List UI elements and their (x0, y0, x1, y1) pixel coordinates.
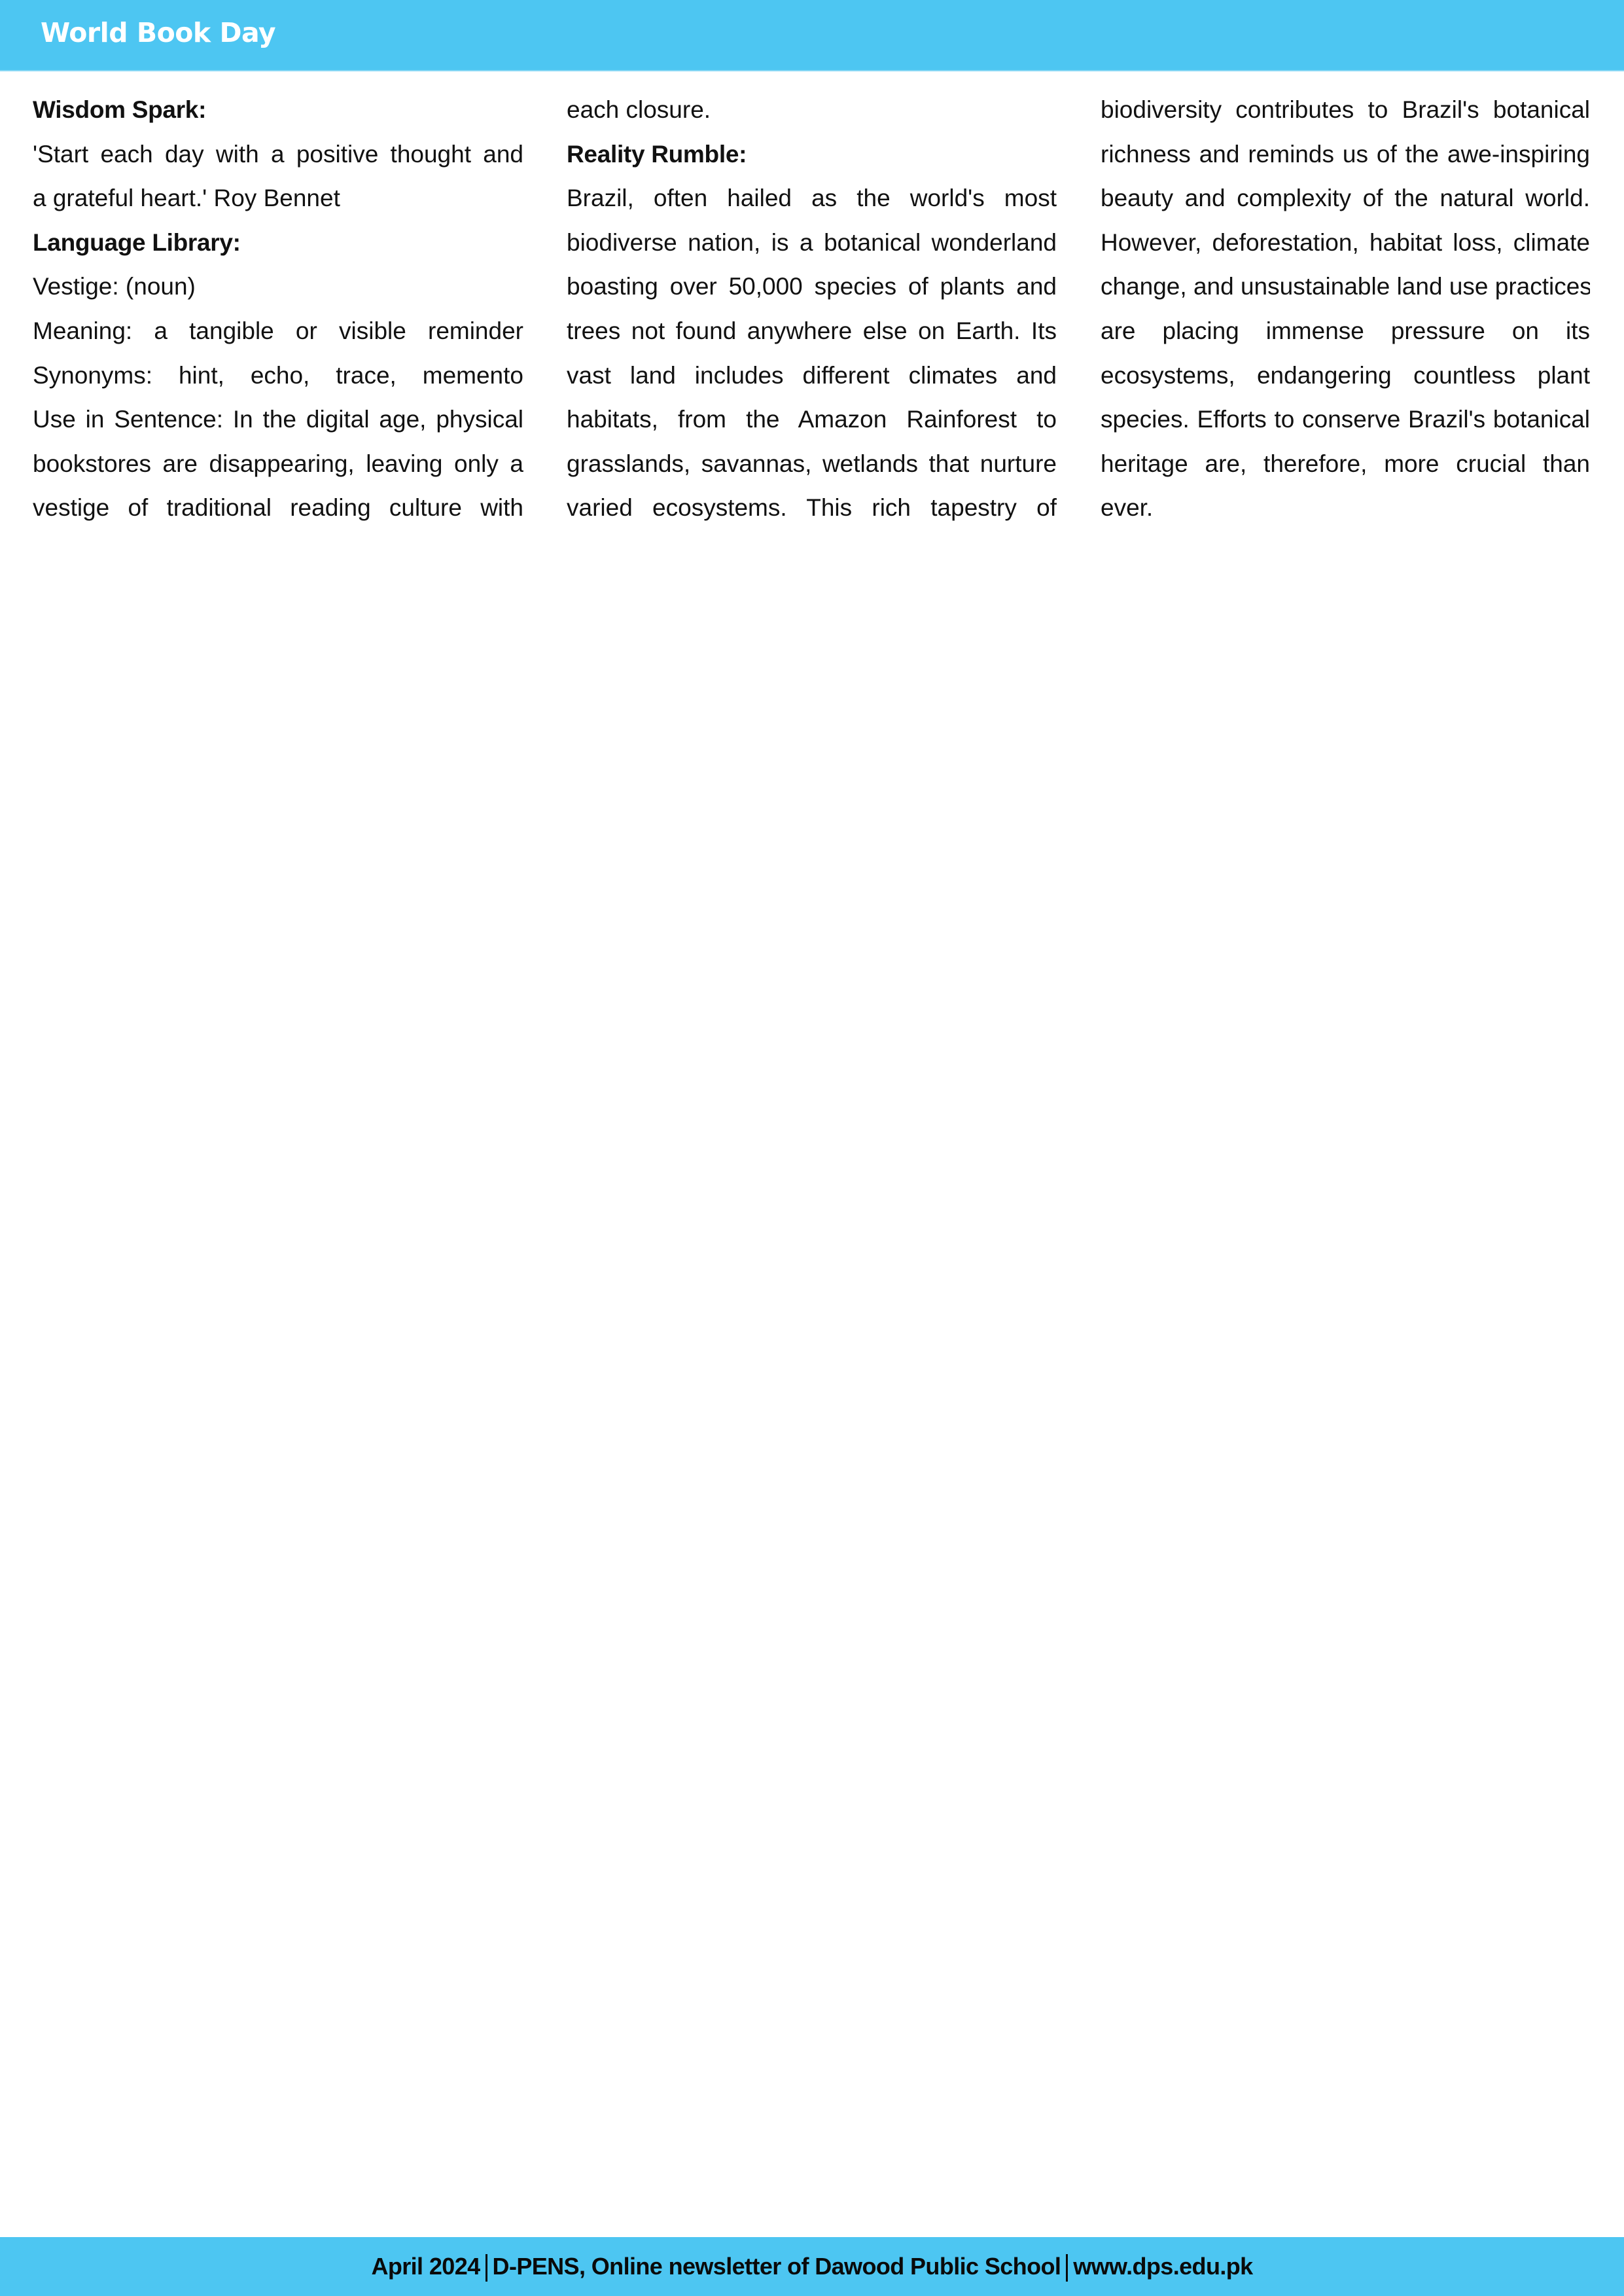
text-line: Meaning: a tangible or visible reminder (33, 309, 523, 353)
section-heading-language-library: Language Library: (33, 221, 523, 265)
column-1: Wisdom Spark: 'Start each day with a pos… (33, 88, 523, 530)
header-bar: World Book Day (0, 0, 1624, 71)
text-line: boasting over 50,000 species of plants a… (567, 264, 1057, 309)
page-title: World Book Day (41, 14, 275, 51)
section-heading-wisdom-spark: Wisdom Spark: (33, 88, 523, 132)
footer-publication: D-PENS, Online newsletter of Dawood Publ… (493, 2253, 1061, 2280)
text-line: biodiversity contributes to Brazil's bot… (1101, 88, 1590, 132)
text-line: Brazil, often hailed as the world's most (567, 176, 1057, 221)
text-line: varied ecosystems. This rich tapestry of (567, 486, 1057, 530)
text-line: each closure. (567, 88, 1057, 132)
footer-separator (1066, 2254, 1068, 2282)
text-line: Use in Sentence: In the digital age, phy… (33, 397, 523, 442)
column-3: biodiversity contributes to Brazil's bot… (1101, 88, 1590, 530)
text-line: heritage are, therefore, more crucial th… (1101, 442, 1590, 486)
text-line: bookstores are disappearing, leaving onl… (33, 442, 523, 486)
text-line: trees not found anywhere else on Earth. … (567, 309, 1057, 353)
text-line: are placing immense pressure on its (1101, 309, 1590, 353)
text-line: richness and reminds us of the awe-inspi… (1101, 132, 1590, 177)
footer-bar: April 2024 D-PENS, Online newsletter of … (0, 2237, 1624, 2296)
footer-separator (485, 2254, 487, 2282)
footer-date: April 2024 (371, 2253, 480, 2280)
text-line: a grateful heart.' Roy Bennet (33, 176, 523, 221)
text-line: 'Start each day with a positive thought … (33, 132, 523, 177)
text-line: ever. (1101, 486, 1590, 530)
text-line: However, deforestation, habitat loss, cl… (1101, 221, 1590, 265)
text-line: biodiverse nation, is a botanical wonder… (567, 221, 1057, 265)
text-line: change, and unsustainable land use pract… (1101, 264, 1590, 309)
footer-text: April 2024 D-PENS, Online newsletter of … (371, 2253, 1252, 2280)
text-line: species. Efforts to conserve Brazil's bo… (1101, 397, 1590, 442)
text-line: grasslands, savannas, wetlands that nurt… (567, 442, 1057, 486)
text-line: vast land includes different climates an… (567, 353, 1057, 398)
footer-website-link[interactable]: www.dps.edu.pk (1073, 2253, 1252, 2280)
section-heading-reality-rumble: Reality Rumble: (567, 132, 1057, 177)
text-line: vestige of traditional reading culture w… (33, 486, 523, 530)
text-line: ecosystems, endangering countless plant (1101, 353, 1590, 398)
text-line: habitats, from the Amazon Rainforest to (567, 397, 1057, 442)
column-2: each closure. Reality Rumble: Brazil, of… (567, 88, 1057, 530)
text-line: Synonyms: hint, echo, trace, memento (33, 353, 523, 398)
text-line: beauty and complexity of the natural wor… (1101, 176, 1590, 221)
text-line: Vestige: (noun) (33, 264, 523, 309)
